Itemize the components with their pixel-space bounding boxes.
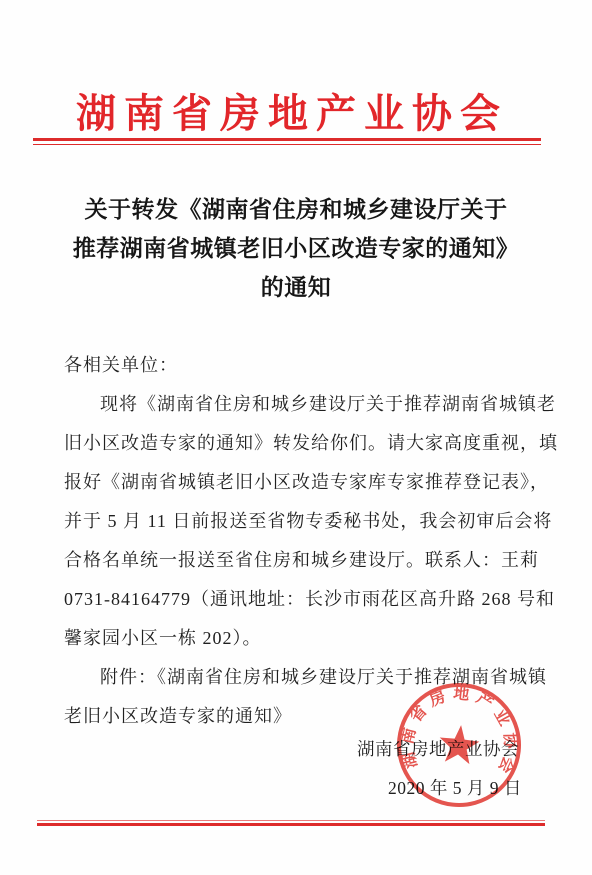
document-body: 各相关单位： 现将《湖南省住房和城乡建设厅关于推荐湖南省城镇老 旧小区改造专家的…: [64, 346, 528, 736]
body-line: 馨家园小区一栋 202）。: [64, 619, 528, 658]
letterhead-rule-thin: [33, 144, 541, 145]
body-line: 0731-84164779（通讯地址：长沙市雨花区高升路 268 号和: [64, 580, 528, 619]
seal-graphic: 湖南省房地产业协会: [388, 674, 531, 817]
title-line: 关于转发《湖南省住房和城乡建设厅关于: [0, 190, 592, 229]
seal-star-icon: [437, 723, 481, 765]
document-page: 湖南省房地产业协会 关于转发《湖南省住房和城乡建设厅关于 推荐湖南省城镇老旧小区…: [0, 0, 592, 875]
footer-rule-thick: [37, 823, 545, 826]
title-line: 推荐湖南省城镇老旧小区改造专家的通知》: [0, 229, 592, 268]
title-line: 的通知: [0, 268, 592, 307]
footer-rule-thin: [37, 820, 545, 821]
letterhead-rule-thick: [33, 138, 541, 141]
official-seal: 湖南省房地产业协会: [388, 674, 531, 817]
body-line: 合格名单统一报送至省住房和城乡建设厅。联系人：王莉: [64, 541, 528, 580]
body-line: 报好《湖南省城镇老旧小区改造专家库专家推荐登记表》，: [64, 463, 528, 502]
document-title: 关于转发《湖南省住房和城乡建设厅关于 推荐湖南省城镇老旧小区改造专家的通知》 的…: [0, 190, 592, 307]
body-line: 现将《湖南省住房和城乡建设厅关于推荐湖南省城镇老: [64, 385, 528, 424]
body-line: 并于 5 月 11 日前报送至省物专委秘书处，我会初审后会将: [64, 502, 528, 541]
salutation: 各相关单位：: [64, 346, 528, 385]
letterhead-title: 湖南省房地产业协会: [0, 82, 588, 139]
body-line: 旧小区改造专家的通知》转发给你们。请大家高度重视，填: [64, 424, 528, 463]
